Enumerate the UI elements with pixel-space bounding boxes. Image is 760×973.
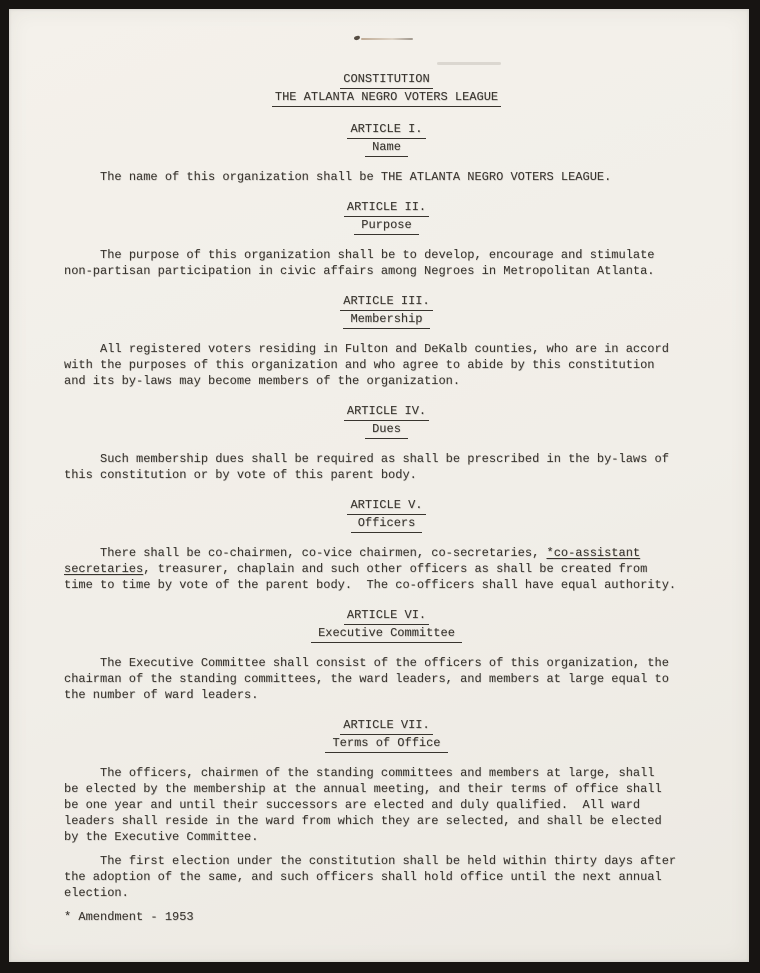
article-heading: ARTICLE VI. (344, 607, 429, 625)
article-heading-line: ARTICLE III. (64, 293, 709, 311)
article-heading-line: ARTICLE VII. (64, 717, 709, 735)
article-section: ARTICLE IV. Dues Such membership dues sh… (64, 403, 709, 483)
article-subheading: Dues (365, 421, 408, 439)
paragraph: The purpose of this organization shall b… (64, 247, 709, 279)
paragraph-text: , treasurer, chaplain and such other off… (64, 562, 676, 592)
paragraph: There shall be co-chairmen, co-vice chai… (64, 545, 709, 593)
scanned-photo-frame: { "page": { "frame_color": "#171412", "p… (0, 0, 760, 973)
article-section: ARTICLE VI. Executive Committee The Exec… (64, 607, 709, 703)
article-subheading-line: Membership (64, 311, 709, 329)
article-heading-line: ARTICLE IV. (64, 403, 709, 421)
paragraph-text: The name of this organization shall be T… (64, 170, 611, 184)
article-subheading: Officers (351, 515, 423, 533)
articles: ARTICLE I. Name The name of this organiz… (64, 121, 709, 901)
paragraph: The officers, chairmen of the standing c… (64, 765, 709, 845)
article-paragraphs: The officers, chairmen of the standing c… (64, 765, 709, 901)
paragraph-text: There shall be co-chairmen, co-vice chai… (64, 546, 547, 560)
article-section: ARTICLE VII. Terms of Office The officer… (64, 717, 709, 901)
article-subheading: Name (365, 139, 408, 157)
document-content: CONSTITUTION THE ATLANTA NEGRO VOTERS LE… (9, 9, 749, 962)
paragraph-text: The first election under the constitutio… (64, 854, 676, 900)
article-paragraphs: Such membership dues shall be required a… (64, 451, 709, 483)
article-paragraphs: The purpose of this organization shall b… (64, 247, 709, 279)
article-subheading-line: Terms of Office (64, 735, 709, 753)
document-title: CONSTITUTION (64, 71, 709, 89)
article-section: ARTICLE III. Membership All registered v… (64, 293, 709, 389)
paragraph: The Executive Committee shall consist of… (64, 655, 709, 703)
document-title-block: CONSTITUTION THE ATLANTA NEGRO VOTERS LE… (64, 71, 709, 107)
document-subtitle: THE ATLANTA NEGRO VOTERS LEAGUE (64, 89, 709, 107)
paragraph-text: Such membership dues shall be required a… (64, 452, 669, 482)
article-subheading-line: Officers (64, 515, 709, 533)
article-subheading-line: Name (64, 139, 709, 157)
article-paragraphs: All registered voters residing in Fulton… (64, 341, 709, 389)
article-heading: ARTICLE VII. (340, 717, 432, 735)
article-heading-line: ARTICLE V. (64, 497, 709, 515)
paragraph-text: The purpose of this organization shall b… (64, 248, 655, 278)
article-section: ARTICLE V. Officers There shall be co-ch… (64, 497, 709, 593)
paragraph: All registered voters residing in Fulton… (64, 341, 709, 389)
article-heading: ARTICLE II. (344, 199, 429, 217)
article-paragraphs: There shall be co-chairmen, co-vice chai… (64, 545, 709, 593)
article-heading: ARTICLE IV. (344, 403, 429, 421)
paragraph-text: The officers, chairmen of the standing c… (64, 766, 662, 844)
article-heading-line: ARTICLE VI. (64, 607, 709, 625)
article-heading-line: ARTICLE I. (64, 121, 709, 139)
article-paragraphs: The name of this organization shall be T… (64, 169, 709, 185)
article-heading-line: ARTICLE II. (64, 199, 709, 217)
article-subheading-line: Dues (64, 421, 709, 439)
paragraph: Such membership dues shall be required a… (64, 451, 709, 483)
article-subheading: Terms of Office (325, 735, 447, 753)
article-section: ARTICLE II. Purpose The purpose of this … (64, 199, 709, 279)
article-section: ARTICLE I. Name The name of this organiz… (64, 121, 709, 185)
article-subheading: Membership (343, 311, 429, 329)
paragraph-text: All registered voters residing in Fulton… (64, 342, 669, 388)
paragraph-text: The Executive Committee shall consist of… (64, 656, 669, 702)
paragraph: The name of this organization shall be T… (64, 169, 709, 185)
paragraph: The first election under the constitutio… (64, 853, 709, 901)
article-heading: ARTICLE I. (347, 121, 425, 139)
article-subheading: Executive Committee (311, 625, 462, 643)
article-heading: ARTICLE V. (347, 497, 425, 515)
article-paragraphs: The Executive Committee shall consist of… (64, 655, 709, 703)
article-heading: ARTICLE III. (340, 293, 432, 311)
document-page: CONSTITUTION THE ATLANTA NEGRO VOTERS LE… (9, 9, 749, 962)
amendment-footnote: * Amendment - 1953 (64, 909, 709, 925)
article-subheading: Purpose (354, 217, 418, 235)
article-subheading-line: Executive Committee (64, 625, 709, 643)
article-subheading-line: Purpose (64, 217, 709, 235)
